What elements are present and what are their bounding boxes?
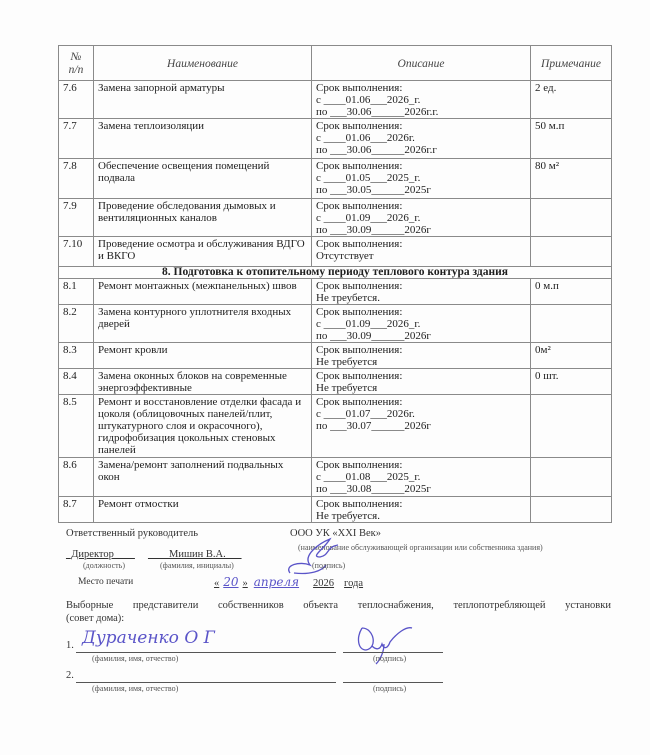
rep2-fio-caption: (фамилия, имя, отчество) [92, 684, 178, 693]
director-signature [280, 535, 350, 580]
rep1-signature-line [343, 652, 443, 653]
date-year: 2026 [313, 578, 334, 589]
rep2-number: 2. [66, 670, 74, 681]
representatives-text-2: (совет дома): [66, 613, 124, 624]
date-month: апреля [248, 575, 313, 589]
date-suffix: года [334, 578, 363, 589]
responsible-label: Ответственный руководитель [66, 528, 198, 539]
name-value: ____Мишин В.А.___ [148, 549, 242, 560]
stamp-label: Место печати [78, 577, 133, 587]
name-caption: (фамилия, инициалы) [160, 561, 234, 570]
position-caption: (должность) [83, 561, 125, 570]
rep1-number: 1. [66, 640, 74, 651]
representatives-text: Выборные представители собственников объ… [66, 600, 611, 611]
position-value: _Директор____ [66, 549, 135, 560]
date-day: 20 [219, 575, 242, 589]
signature-caption: (подпись) [312, 561, 345, 570]
rep2-fio-line [76, 682, 336, 683]
document-page: № п/п Наименование Описание Примечание 7… [0, 0, 650, 755]
rep1-fio-line [76, 652, 336, 653]
date-line: «20»апреля2026года [214, 575, 363, 589]
date-close-quote: » [243, 578, 248, 589]
rep1-signature-caption: (подпись) [373, 654, 406, 663]
rep2-signature-caption: (подпись) [373, 684, 406, 693]
signature-block: Ответственный руководитель ООО УК «XXI В… [0, 0, 650, 755]
rep2-signature-line [343, 682, 443, 683]
rep1-handwritten-name: Дураченко О Г [82, 628, 215, 648]
rep1-fio-caption: (фамилия, имя, отчество) [92, 654, 178, 663]
